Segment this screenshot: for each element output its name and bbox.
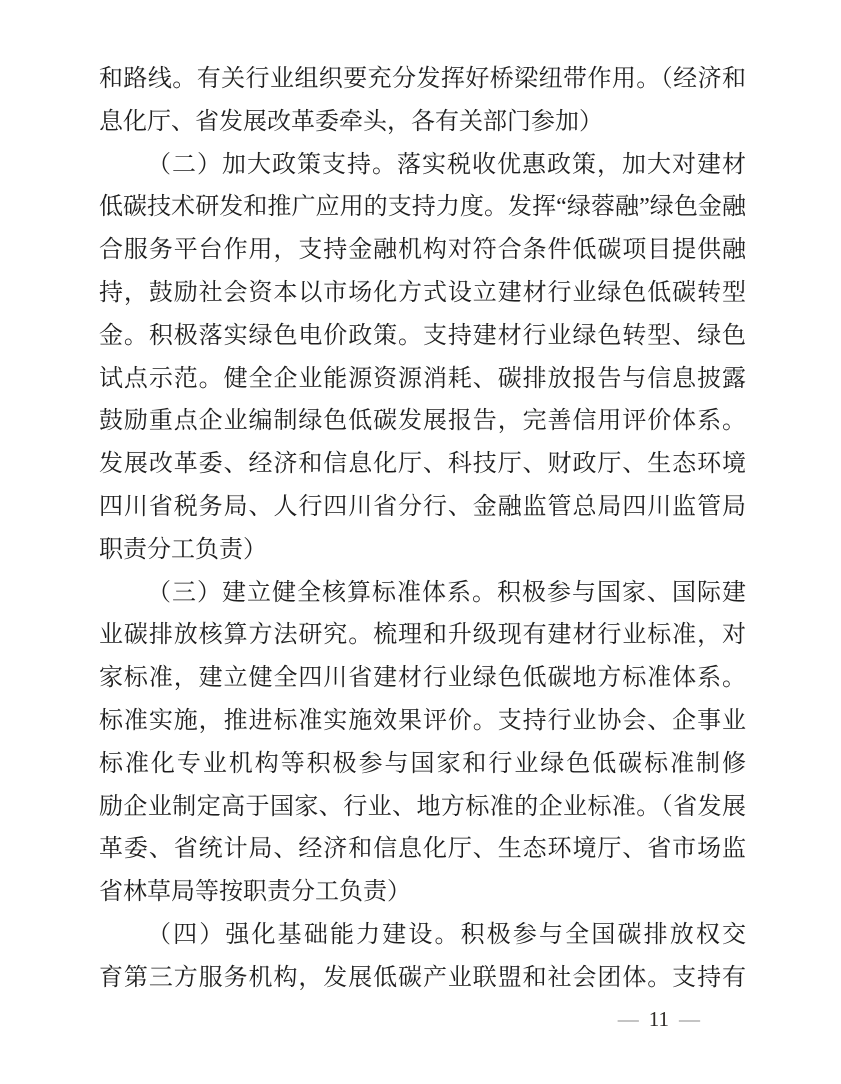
document-body-text: 和路线。有关行业组织要充分发挥好桥梁纽带作用。（经济和信 息化厅、省发展改革委牵… bbox=[99, 58, 746, 1000]
text-line: 持，鼓励社会资本以市场化方式设立建材行业绿色低碳转型基 bbox=[99, 272, 746, 315]
text-line: 家标准，建立健全四川省建材行业绿色低碳地方标准体系。强化 bbox=[99, 657, 746, 700]
text-line: （二）加大政策支持。落实税收优惠政策，加大对建材行业 bbox=[99, 144, 746, 187]
text-line: 合服务平台作用，支持金融机构对符合条件低碳项目提供融资支 bbox=[99, 229, 746, 272]
page-number-value: 11 bbox=[649, 1007, 669, 1031]
text-line: 标准化专业机构等积极参与国家和行业绿色低碳标准制修订，鼓 bbox=[99, 743, 746, 786]
text-line: 金。积极落实绿色电价政策。支持建材行业绿色转型、绿色低碳 bbox=[99, 315, 746, 358]
text-line: 革委、省统计局、经济和信息化厅、生态环境厅、省市场监管局、 bbox=[99, 828, 746, 871]
text-line: （三）建立健全核算标准体系。积极参与国家、国际建材行 bbox=[99, 572, 746, 615]
text-line: 鼓励重点企业编制绿色低碳发展报告，完善信用评价体系。（省 bbox=[99, 400, 746, 443]
text-line: 低碳技术研发和推广应用的支持力度。发挥“绿蓉融”绿色金融综 bbox=[99, 186, 746, 229]
document-page: 和路线。有关行业组织要充分发挥好桥梁纽带作用。（经济和信 息化厅、省发展改革委牵… bbox=[0, 0, 841, 1084]
text-line: 息化厅、省发展改革委牵头，各有关部门参加） bbox=[99, 101, 746, 144]
text-line: 育第三方服务机构，发展低碳产业联盟和社会团体。支持有条件 bbox=[99, 957, 746, 1000]
text-line: 职责分工负责） bbox=[99, 529, 746, 572]
page-number-dash-left: — bbox=[608, 1007, 649, 1031]
text-line: 和路线。有关行业组织要充分发挥好桥梁纽带作用。（经济和信 bbox=[99, 58, 746, 101]
text-line: 标准实施，推进标准实施效果评价。支持行业协会、企事业单位、 bbox=[99, 700, 746, 743]
text-line: 发展改革委、经济和信息化厅、科技厅、财政厅、生态环境厅、 bbox=[99, 443, 746, 486]
page-number-dash-right: — bbox=[669, 1007, 710, 1031]
page-number: —11— bbox=[608, 1004, 710, 1034]
text-line: 省林草局等按职责分工负责） bbox=[99, 871, 746, 914]
text-line: 业碳排放核算方法研究。梳理和升级现有建材行业标准，对接国 bbox=[99, 614, 746, 657]
text-line: （四）强化基础能力建设。积极参与全国碳排放权交易，培 bbox=[99, 914, 746, 957]
text-line: 四川省税务局、人行四川省分行、金融监管总局四川监管局等按 bbox=[99, 486, 746, 529]
text-line: 励企业制定高于国家、行业、地方标准的企业标准。（省发展改 bbox=[99, 786, 746, 829]
text-line: 试点示范。健全企业能源资源消耗、碳排放报告与信息披露制度， bbox=[99, 358, 746, 401]
